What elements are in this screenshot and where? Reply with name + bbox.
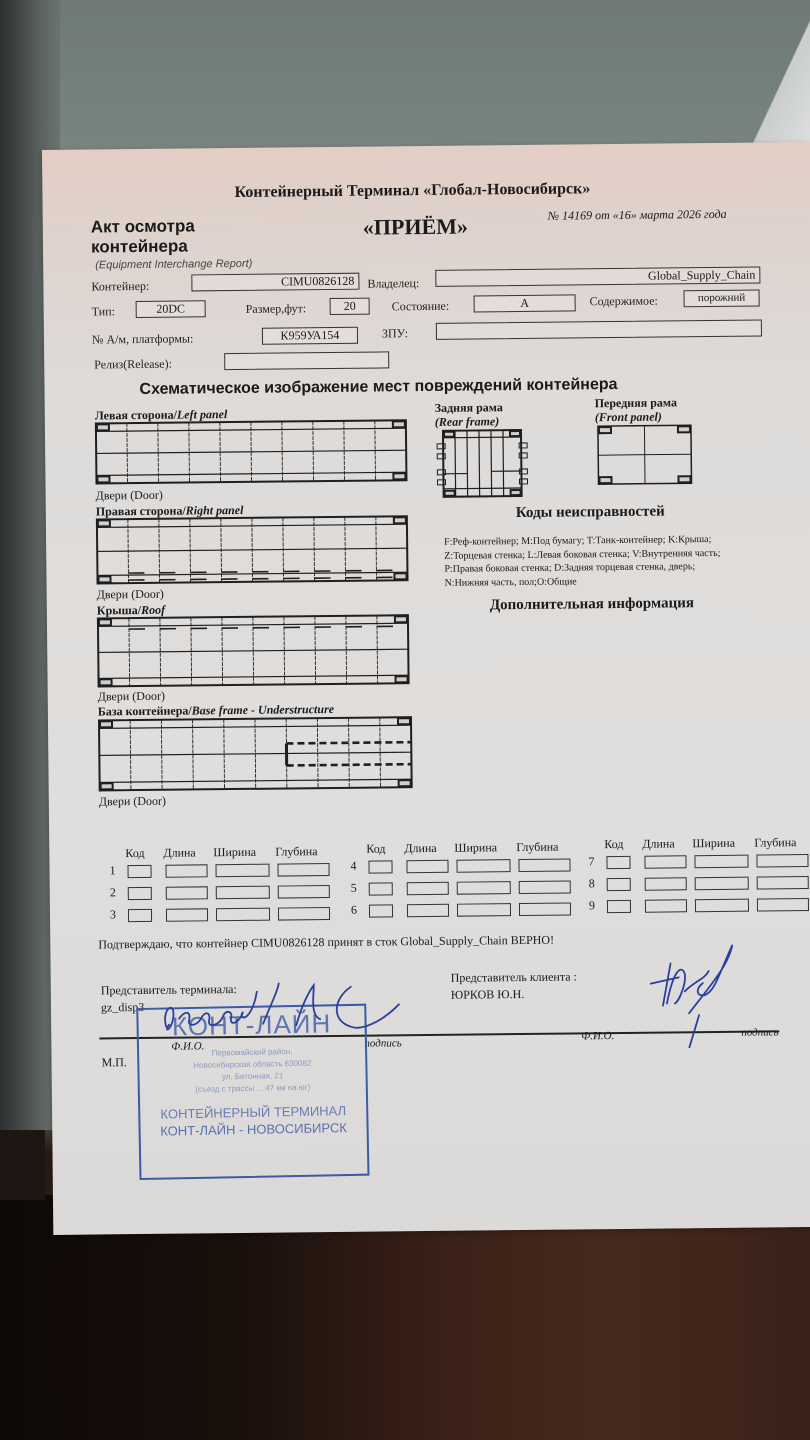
damage-depth-field[interactable]	[278, 907, 330, 921]
damage-width-field[interactable]	[457, 881, 511, 895]
roof-diagram[interactable]	[97, 614, 410, 687]
damage-column-header: Ширина	[454, 840, 497, 855]
front-panel-label: Передняя рама (Front panel)	[595, 395, 678, 424]
damage-width-field[interactable]	[695, 899, 749, 913]
damage-row-number: 6	[351, 903, 357, 918]
damage-depth-field[interactable]	[519, 881, 571, 895]
damage-column-header: Длина	[163, 845, 195, 860]
damage-depth-field[interactable]	[519, 903, 571, 917]
contents-label: Содержимое:	[590, 294, 658, 310]
confirmation-statement: Подтверждаю, что контейнер CIMU0826128 п…	[98, 933, 554, 953]
fault-codes-list: F:Реф-контейнер; M:Под бумагу; T:Танк-ко…	[444, 532, 785, 590]
release-field[interactable]	[224, 351, 389, 370]
base-frame-label-en: Base frame - Understructure	[192, 702, 334, 717]
damage-code-field[interactable]	[128, 909, 152, 922]
damage-depth-field[interactable]	[278, 885, 330, 899]
damage-column-header: Ширина	[213, 845, 256, 860]
damage-row-number: 7	[588, 854, 594, 869]
container-label: Контейнер:	[91, 279, 149, 295]
damage-length-field[interactable]	[645, 877, 687, 890]
left-panel-label-ru: Левая сторона/	[95, 408, 177, 423]
damage-length-field[interactable]	[166, 908, 208, 921]
damage-width-field[interactable]	[457, 903, 511, 917]
owner-field[interactable]: Global_Supply_Chain	[435, 266, 760, 286]
terminal-rep-signature	[151, 966, 452, 1049]
act-title: Акт осмотра контейнера	[91, 216, 241, 258]
type-label: Тип:	[92, 304, 115, 319]
vehicle-label: № А/м, платформы:	[92, 331, 193, 347]
roof-label-ru: Крыша/	[97, 603, 141, 617]
front-panel-label-en: (Front panel)	[595, 410, 662, 425]
damage-row-number: 5	[351, 881, 357, 896]
damage-column-header: Код	[125, 846, 144, 861]
damage-column-header: Код	[604, 837, 623, 852]
damage-width-field[interactable]	[216, 908, 270, 922]
damage-table: КодДлинаШиринаГлубина123КодДлинаШиринаГл…	[42, 142, 810, 150]
door-label-left: Двери (Door)	[96, 488, 163, 504]
stamp-line-1: КОНТЕЙНЕРНЫЙ ТЕРМИНАЛ	[140, 1103, 366, 1122]
damage-row-number: 2	[110, 885, 116, 900]
condition-field[interactable]: A	[474, 294, 576, 312]
damage-column-header: Длина	[642, 836, 674, 851]
base-frame-diagram[interactable]	[98, 716, 413, 791]
act-subtitle: (Equipment Interchange Report)	[95, 258, 252, 272]
damage-row-number: 8	[589, 876, 595, 891]
report-type-title: «ПРИЁМ»	[363, 214, 468, 241]
condition-label: Состояние:	[392, 299, 450, 315]
damage-column-header: Глубина	[754, 835, 796, 850]
damage-depth-field[interactable]	[757, 876, 809, 890]
rear-frame-label: Задняя рама (Rear frame)	[435, 400, 503, 429]
additional-info-title: Дополнительная информация	[490, 595, 694, 614]
right-panel-label-ru: Правая сторона/	[96, 504, 186, 519]
door-label-right: Двери (Door)	[97, 587, 164, 603]
schematic-title: Схематическое изображение мест поврежден…	[139, 376, 617, 399]
damage-column-header: Длина	[404, 841, 436, 856]
damage-width-field[interactable]	[215, 864, 269, 878]
right-panel-diagram[interactable]	[96, 515, 409, 584]
damage-column-header: Код	[366, 841, 385, 856]
damage-width-field[interactable]	[694, 855, 748, 869]
damage-row-number: 1	[109, 863, 115, 878]
seal-field[interactable]	[436, 319, 762, 339]
damage-code-field[interactable]	[128, 887, 152, 900]
seal-place-label: М.П.	[101, 1055, 126, 1070]
type-field[interactable]: 20DC	[136, 300, 206, 318]
damage-row-number: 4	[350, 859, 356, 874]
damage-code-field[interactable]	[607, 878, 631, 891]
terminal-header: Контейнерный Терминал «Глобал-Новосибирс…	[42, 178, 782, 204]
background-floor-shadow	[0, 1130, 45, 1200]
contents-field[interactable]: порожний	[684, 289, 760, 307]
damage-length-field[interactable]	[407, 882, 449, 895]
damage-length-field[interactable]	[407, 904, 449, 917]
owner-label: Владелец:	[367, 276, 419, 292]
stamp-line-2: КОНТ-ЛАЙН - НОВОСИБИРСК	[140, 1120, 366, 1139]
damage-length-field[interactable]	[165, 864, 207, 877]
rear-frame-label-ru: Задняя рама	[435, 400, 503, 415]
damage-width-field[interactable]	[695, 877, 749, 891]
client-rep-signature	[640, 943, 761, 1054]
left-panel-label-en: Left panel	[177, 407, 227, 422]
damage-depth-field[interactable]	[277, 863, 329, 877]
damage-code-field[interactable]	[127, 865, 151, 878]
front-panel-label-ru: Передняя рама	[595, 395, 677, 410]
damage-length-field[interactable]	[644, 855, 686, 868]
fault-codes-line: N:Нижняя часть, пол;O:Общие	[444, 573, 784, 590]
seal-label: ЗПУ:	[382, 326, 408, 341]
container-field[interactable]: CIMU0826128	[191, 273, 359, 292]
front-panel-diagram[interactable]	[597, 424, 693, 485]
damage-depth-field[interactable]	[518, 859, 570, 873]
damage-column-header: Ширина	[692, 836, 735, 851]
release-label: Релиз(Release):	[94, 357, 172, 373]
door-label-base: Двери (Door)	[99, 794, 166, 810]
damage-depth-field[interactable]	[757, 898, 809, 912]
client-rep-value: ЮРКОВ Ю.Н.	[451, 987, 525, 1003]
damage-column-header: Глубина	[516, 840, 558, 855]
damage-code-field[interactable]	[368, 860, 392, 873]
damage-length-field[interactable]	[645, 899, 687, 912]
client-fio-caption: Ф.И.О.	[581, 1030, 614, 1042]
damage-width-field[interactable]	[216, 886, 270, 900]
left-panel-diagram[interactable]	[95, 419, 408, 484]
fault-codes-title: Коды неисправностей	[516, 503, 665, 522]
damage-code-field[interactable]	[369, 882, 393, 895]
damage-width-field[interactable]	[456, 859, 510, 873]
roof-label-en: Roof	[141, 603, 165, 617]
inspection-report-document: Контейнерный Терминал «Глобал-Новосибирс…	[42, 142, 810, 1235]
door-label-roof: Двери (Door)	[98, 689, 165, 705]
damage-length-field[interactable]	[166, 886, 208, 899]
damage-code-field[interactable]	[607, 900, 631, 913]
size-label: Размер,фут:	[246, 301, 307, 317]
vehicle-field[interactable]: К959УА154	[262, 327, 358, 345]
base-frame-label-ru: База контейнера/	[98, 703, 192, 718]
rear-frame-diagram[interactable]	[437, 429, 528, 498]
rear-frame-label-en: (Rear frame)	[435, 414, 499, 429]
document-number: № 14169 от «16» марта 2026 года	[548, 207, 727, 224]
stamp-address: Первомайский район, Новосибирская област…	[139, 1045, 366, 1097]
client-rep-label: Представитель клиента :	[451, 969, 577, 985]
damage-code-field[interactable]	[369, 904, 393, 917]
damage-row-number: 3	[110, 907, 116, 922]
damage-length-field[interactable]	[406, 860, 448, 873]
size-field[interactable]: 20	[330, 298, 370, 315]
damage-depth-field[interactable]	[756, 854, 808, 868]
right-panel-label-en: Right panel	[186, 503, 244, 518]
damage-row-number: 9	[589, 898, 595, 913]
damage-code-field[interactable]	[606, 856, 630, 869]
damage-column-header: Глубина	[275, 844, 317, 859]
